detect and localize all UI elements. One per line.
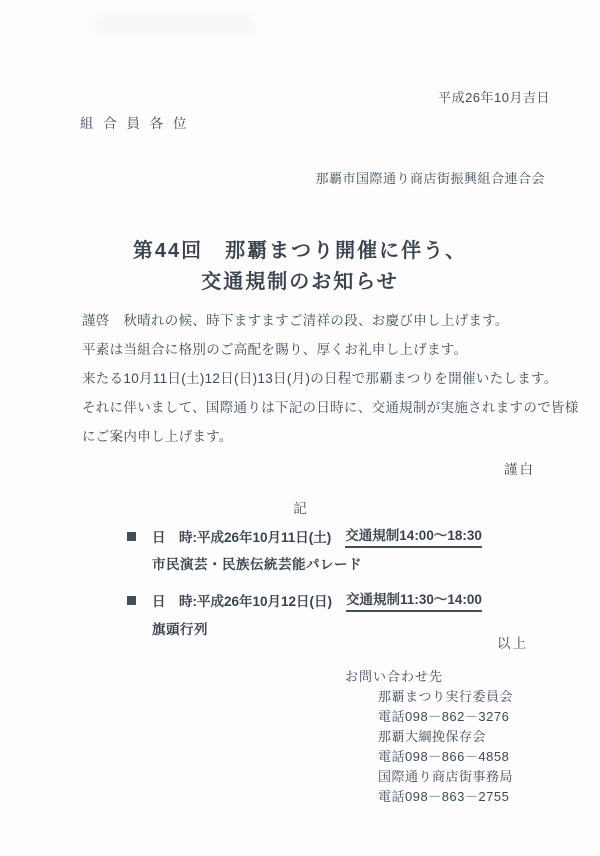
item-regulation: 交通規制11:30～14:00 — [346, 588, 482, 612]
contact-phone: 電話098－863－2755 — [378, 787, 513, 807]
item-datetime: 日 時:平成26年10月11日(土) — [152, 526, 331, 546]
body-line: それに伴いまして、国際通りは下記の日時に、交通規制が実施されますので皆様 — [82, 393, 582, 422]
contact-heading: お問い合わせ先 — [345, 666, 443, 685]
schedule-item: 日 時:平成26年10月11日(土) 交通規制14:00～18:30 — [127, 524, 482, 548]
contact-name: 那覇まつり実行委員会 — [378, 687, 513, 707]
item-event: 旗頭行列 — [152, 618, 208, 638]
contact-phone: 電話098－862－3276 — [378, 707, 513, 727]
schedule-item: 日 時:平成26年10月12日(日) 交通規制11:30～14:00 — [127, 588, 482, 612]
letter-title: 第44回 那覇まつり開催に伴う、 交通規制のお知らせ — [0, 236, 600, 298]
scan-artifact — [95, 14, 255, 36]
sender-organization: 那覇市国際通り商店街振興組合連合会 — [315, 168, 545, 187]
contact-name: 那覇大綱挽保存会 — [378, 727, 513, 747]
body-line: にご案内申し上げます。 — [82, 422, 582, 451]
contact-name: 国際通り商店街事務局 — [378, 767, 513, 787]
closing-word: 謹白 — [504, 458, 535, 478]
item-regulation: 交通規制14:00～18:30 — [345, 524, 482, 548]
letter-body: 謹啓 秋晴れの候、時下ますますご清祥の段、お慶び申し上げます。 平素は当組合に格… — [82, 306, 582, 451]
square-bullet-icon — [127, 532, 136, 541]
record-marker: 記 — [0, 497, 600, 517]
body-line: 謹啓 秋晴れの候、時下ますますご清祥の段、お慶び申し上げます。 — [82, 306, 582, 335]
letter-date: 平成26年10月吉日 — [438, 87, 550, 106]
title-line-2: 交通規制のお知らせ — [0, 267, 600, 298]
item-datetime: 日 時:平成26年10月12日(日) — [152, 590, 332, 610]
contact-list: 那覇まつり実行委員会 電話098－862－3276 那覇大綱挽保存会 電話098… — [378, 687, 513, 807]
body-line: 来たる10月11日(土)12日(日)13日(月)の日程で那覇まつりを開催いたしま… — [82, 364, 582, 393]
end-marker: 以上 — [497, 632, 528, 652]
scanned-notice-letter: 平成26年10月吉日 組 合 員 各 位 那覇市国際通り商店街振興組合連合会 第… — [0, 0, 600, 856]
contact-phone: 電話098－866－4858 — [378, 747, 513, 767]
recipient-line: 組 合 員 各 位 — [80, 112, 190, 132]
body-line: 平素は当組合に格別のご高配を賜り、厚くお礼申し上げます。 — [82, 335, 582, 364]
item-event: 市民演芸・民族伝統芸能パレード — [152, 553, 362, 573]
title-line-1: 第44回 那覇まつり開催に伴う、 — [0, 236, 600, 267]
square-bullet-icon — [127, 596, 136, 605]
